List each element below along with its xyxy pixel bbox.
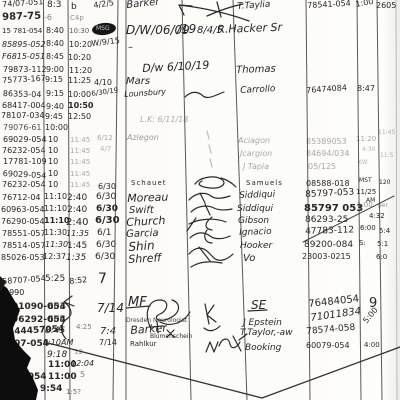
- handwritten-entry: Gibson: [238, 217, 269, 226]
- handwritten-entry: 76232-054: [2, 147, 46, 155]
- handwritten-entry: 11:25: [68, 77, 91, 85]
- handwritten-entry: Hooker: [240, 242, 272, 251]
- handwritten-entry: Mars: [126, 77, 150, 87]
- handwritten-entry: 47783-112: [305, 226, 354, 237]
- handwritten-entry: 120: [379, 180, 390, 186]
- handwritten-entry: 4/2/5: [93, 0, 115, 10]
- handwritten-entry: 4:00: [364, 342, 380, 349]
- handwritten-entry: 78574-058: [306, 324, 356, 337]
- handwritten-entry: Lounsbury: [124, 88, 166, 99]
- handwritten-entry: Samuels: [246, 180, 283, 187]
- handwritten-entry: 12:37: [43, 253, 66, 261]
- handwritten-entry: 1:00: [357, 202, 373, 209]
- handwritten-entry: 11:45: [70, 182, 90, 189]
- handwritten-entry: R.Hacker Sr: [217, 22, 282, 35]
- handwritten-entry: Carrollo: [240, 85, 276, 96]
- handwritten-entry: 6:00: [360, 225, 376, 232]
- handwritten-entry: 11:5: [380, 153, 393, 159]
- handwritten-entry: 85895-052: [2, 41, 46, 49]
- handwritten-entry: 10:00: [68, 91, 91, 99]
- scanned-log-sheet-page: 74/07-0518:3b4/2/5BarkerT.Taylia78541-05…: [0, 0, 400, 400]
- handwritten-entry: 6/12: [97, 135, 113, 142]
- handwritten-entry: Church: [126, 215, 166, 228]
- handwritten-entry: 15 781-054: [2, 28, 42, 35]
- handwritten-entry: 60079-054: [306, 342, 350, 350]
- handwritten-entry: 11/25: [356, 189, 376, 196]
- handwritten-entry: 1:5?: [66, 389, 81, 396]
- handwritten-entry: 5:4: [379, 228, 390, 235]
- handwritten-entry: 58707-054: [2, 275, 46, 286]
- handwritten-entry: S:: [359, 240, 366, 247]
- handwritten-entry: 85389053: [306, 138, 347, 146]
- handwritten-entry: 9:15: [45, 76, 63, 84]
- handwritten-entry: 23003-0215: [302, 253, 351, 261]
- handwritten-entry: Aciagon: [238, 137, 270, 145]
- handwritten-entry: 10: [48, 158, 58, 166]
- handwritten-entry: Booking: [245, 344, 281, 353]
- handwritten-entry: J Tapia: [243, 163, 269, 171]
- handwritten-entry: MST: [359, 178, 372, 184]
- handwritten-entry: 7:4: [100, 327, 116, 337]
- handwritten-entry: 05/125: [308, 163, 336, 171]
- handwritten-entry: W/9/15: [91, 37, 120, 48]
- handwritten-entry: /19: [177, 23, 196, 35]
- handwritten-entry: 7/14: [97, 302, 124, 314]
- handwritten-entry: 6/30: [95, 253, 115, 262]
- handwritten-entry: 11:00: [48, 373, 77, 382]
- handwritten-entry: -6: [44, 14, 52, 22]
- handwritten-entry: 6/30: [96, 193, 116, 202]
- handwritten-entry: 7/14: [99, 339, 117, 347]
- handwritten-entry: SE: [251, 299, 266, 311]
- handwritten-entry: 85797-053: [305, 188, 354, 200]
- handwritten-entry: 76232-054: [2, 181, 46, 189]
- handwritten-entry: 9:40: [46, 103, 64, 111]
- handwritten-entry: C4p: [70, 15, 84, 22]
- handwritten-entry: 6/1: [97, 229, 111, 238]
- handwritten-entry: 11:35: [66, 230, 89, 238]
- handwritten-entry: 11:45: [378, 130, 395, 136]
- handwritten-entry: 10:00: [45, 124, 68, 132]
- handwritten-entry: Thomas: [236, 65, 276, 76]
- handwritten-entry: 8:40: [46, 40, 64, 48]
- handwritten-entry: 10:50: [68, 102, 93, 110]
- handwritten-entry: 1:35: [66, 254, 86, 263]
- handwritten-entry: T.Taylia: [237, 1, 271, 12]
- handwritten-entry: 7: [98, 272, 107, 286]
- handwritten-entry: 8:47: [357, 85, 375, 93]
- handwritten-entry: 08588-018: [306, 180, 350, 188]
- handwritten-entry: 6/30: [96, 205, 118, 214]
- handwritten-entry: 6:0: [376, 254, 387, 261]
- handwritten-entry: 987-75: [2, 12, 41, 23]
- handwritten-entry: 68417-004: [2, 102, 46, 110]
- handwritten-entry: Ignacio: [239, 228, 272, 238]
- handwritten-entry: 8:52: [69, 276, 88, 286]
- handwritten-entry: Siddiqui: [239, 191, 275, 201]
- handwritten-entry: 79076-61: [3, 124, 42, 132]
- handwritten-entry: Shreff: [128, 252, 162, 265]
- handwritten-entry: T.Taylor,-aw: [240, 329, 293, 338]
- handwritten-entry: Moreau: [127, 192, 169, 204]
- handwritten-entry: 8:45: [45, 327, 65, 336]
- handwritten-entry: 8:40: [46, 27, 64, 35]
- handwritten-entry: 10: [48, 170, 58, 178]
- handwritten-entry: 4990: [4, 289, 24, 297]
- handwritten-entry: 2:40: [66, 218, 88, 228]
- handwritten-entry: 11:10: [44, 193, 67, 201]
- handwritten-entry: 6/30/19: [91, 87, 119, 98]
- handwritten-entry: 11:20: [69, 67, 92, 75]
- handwritten-entry: 75773-167: [2, 75, 46, 85]
- handwritten-entry: 78514-057: [2, 242, 46, 250]
- handwritten-entry: 4/10: [94, 79, 112, 87]
- handwritten-entry: 86293-25: [305, 216, 348, 225]
- handwritten-entry: 8:45: [46, 53, 64, 61]
- handwritten-entry: 89200-084: [304, 241, 353, 250]
- handwritten-entry: 12:04: [71, 360, 94, 368]
- handwritten-entry: 9:18: [47, 351, 67, 360]
- handwritten-entry: 78107-034: [1, 112, 45, 120]
- handwritten-entry: MSG: [96, 26, 110, 32]
- handwritten-entry: 11:30: [45, 241, 68, 249]
- handwritten-entry: Schauet: [131, 180, 167, 187]
- handwritten-entry: D/w 6/10/19: [142, 59, 210, 73]
- handwritten-entry: 4:30: [362, 147, 375, 153]
- handwritten-entry: 5:1: [377, 241, 388, 248]
- handwritten-entry: –: [128, 43, 133, 53]
- handwritten-entry: 603: [48, 303, 65, 312]
- handwritten-entry: 4/7: [100, 146, 111, 153]
- handwritten-entry: 1:00: [355, 0, 374, 9]
- handwritten-entry: 11:10: [44, 205, 67, 213]
- handwritten-entry: 5: [80, 371, 85, 379]
- handwritten-entry: 84694/034: [306, 150, 349, 158]
- handwritten-entry: 4:25: [76, 324, 92, 331]
- handwritten-entry: per: [378, 203, 388, 209]
- handwritten-entry: 11:45: [70, 148, 90, 155]
- handwritten-entry: 9:00: [46, 66, 64, 74]
- handwritten-entry: 76712-04: [2, 194, 41, 202]
- handwritten-entry: 6/30: [96, 241, 116, 250]
- handwritten-entry: 9:45: [45, 113, 63, 121]
- handwritten-entry: 11:20: [356, 136, 376, 143]
- handwritten-entry: 10: [48, 147, 58, 155]
- handwritten-entry: 10: [48, 136, 58, 144]
- handwritten-entry: 9:15: [46, 90, 64, 98]
- handwritten-entries-layer: 74/07-0518:3b4/2/5BarkerT.Taylia78541-05…: [0, 0, 400, 400]
- handwritten-entry: 76290-054: [1, 218, 45, 226]
- handwritten-entry: 69029-054: [3, 170, 47, 180]
- handwritten-entry: Jcargion: [240, 150, 272, 158]
- handwritten-entry: L.K: 6/11/18: [140, 116, 188, 124]
- handwritten-entry: 4:32: [369, 213, 385, 220]
- handwritten-entry: 2:40: [67, 194, 87, 203]
- handwritten-entry: MF: [128, 296, 147, 309]
- handwritten-entry: 10:30: [69, 28, 89, 35]
- handwritten-entry: 74/07-051: [2, 0, 44, 9]
- handwritten-entry: 9:10AM: [43, 339, 73, 347]
- handwritten-entry: 69029-054: [3, 136, 47, 144]
- handwritten-entry: 11:45: [70, 171, 90, 178]
- handwritten-entry: Rahlkur: [130, 341, 157, 348]
- handwritten-entry: 85797 053: [304, 204, 363, 214]
- handwritten-entry: 71011834: [310, 307, 362, 324]
- handwritten-entry: 76474084: [306, 84, 347, 95]
- handwritten-entry: 11:30: [44, 229, 67, 237]
- handwritten-entry: Siddiqui: [237, 205, 273, 214]
- handwritten-entry: 85026-053: [1, 254, 45, 262]
- handwritten-entry: -054: [24, 373, 47, 382]
- handwritten-entry: Vo: [243, 254, 255, 264]
- handwritten-entry: 10: [48, 181, 58, 189]
- handwritten-entry: 12: [74, 349, 83, 356]
- handwritten-entry: Aziegon: [127, 134, 159, 142]
- handwritten-entry: 5:25: [45, 275, 65, 284]
- handwritten-entry: 60963-054: [1, 206, 45, 214]
- handwritten-entry: 10:20: [68, 54, 91, 62]
- handwritten-entry: b: [71, 3, 77, 12]
- handwritten-entry: 17781-109: [3, 158, 47, 166]
- handwritten-entry: 8:3: [47, 1, 61, 10]
- handwritten-entry: 79873-112: [3, 66, 47, 74]
- handwritten-entry: F6815-051: [2, 53, 45, 61]
- handwritten-entry: Barker: [126, 0, 160, 11]
- handwritten-entry: KW: [358, 160, 368, 166]
- handwritten-entry: 6/30: [98, 183, 116, 191]
- handwritten-entry: 2605: [376, 2, 396, 10]
- handwritten-entry: 11:45: [70, 137, 90, 144]
- handwritten-entry: 6/30: [95, 216, 120, 226]
- handwritten-entry: J Epstein: [243, 319, 282, 328]
- handwritten-entry: 1:45: [67, 242, 87, 251]
- handwritten-entry: 78551-057: [2, 230, 46, 238]
- handwritten-entry: 11:45: [70, 159, 90, 166]
- handwritten-entry: 5:00: [362, 306, 380, 325]
- handwritten-entry: 78541-054: [307, 0, 351, 10]
- handwritten-entry: 86353-04: [3, 90, 42, 99]
- handwritten-entry: 12:50: [68, 113, 91, 121]
- handwritten-entry: 2:40: [67, 206, 87, 215]
- handwritten-entry: 10:20: [69, 41, 92, 49]
- handwritten-entry: 9:54: [40, 385, 62, 394]
